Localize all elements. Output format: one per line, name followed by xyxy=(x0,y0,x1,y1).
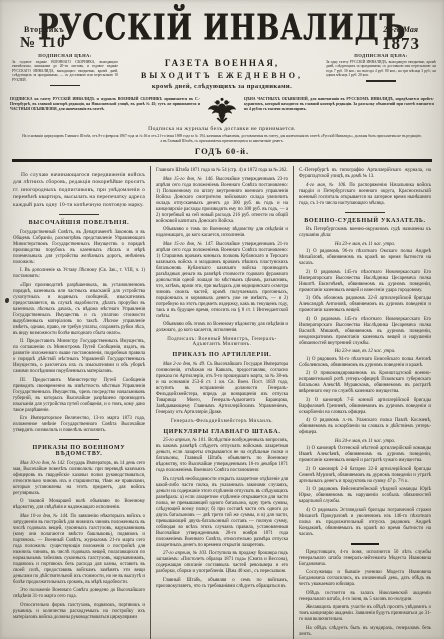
body-paragraph: 4-го мая, № 106. По распоряженію Начальн… xyxy=(299,183,431,207)
body-paragraph: Мая 10-го дня, № 142. Государь Император… xyxy=(13,461,145,497)
body-paragraph: Сослуживцы и бывшіе ученики Модеста Иван… xyxy=(299,570,431,588)
section-heading: ПРИКАЗЫ ПО ВОЕННОМУ ВѢДОМСТВУ. xyxy=(13,445,145,457)
body-paragraph: 3) О рядовомъ Вейсенштейнской уѣздной ко… xyxy=(299,487,431,505)
body-paragraph: 4) О рядовомъ 145-го пѣхотнаго Новочерка… xyxy=(299,317,431,347)
signature-line: Подписалъ: Военный Министръ, Генералъ-Ад… xyxy=(156,337,288,347)
section-divider-thick xyxy=(351,543,379,545)
body-paragraph: 1) О рядовомъ 94-го пѣхотнаго Енисейскаг… xyxy=(299,357,431,369)
body-paragraph: Въ Петербургскомъ военно-окружномъ судѣ … xyxy=(299,227,431,239)
section-divider xyxy=(345,212,385,213)
body-paragraph: 1) О канонирѣ Охтенской мѣстной артиллер… xyxy=(299,446,431,464)
column-1: По случаю начинающагося передвиженія вой… xyxy=(8,166,150,639)
body-paragraph: 27-го апрѣля, № 103. Поступила въ продаж… xyxy=(156,551,288,575)
body-paragraph: Главный Штабъ, объявляя о семъ по войска… xyxy=(156,578,288,590)
body-paragraph: Его Императорское Величество, 13-го март… xyxy=(13,416,145,434)
issue-year: 1873 xyxy=(382,34,420,54)
issue-date: 22-го Мая xyxy=(383,25,418,34)
newspaper-page: Вторникъ № 110 РУССКІЙ ИНВАЛИДЪ 22-го Ма… xyxy=(0,0,444,639)
official-ads-fine-print: На основаніи циркуляровъ Главнаго Штаба,… xyxy=(22,134,422,143)
body-paragraph: С.-Петербургѣ въ типографію Артиллерійск… xyxy=(299,168,431,180)
editorial-notice: По случаю начинающагося передвиженія вой… xyxy=(13,172,145,209)
body-paragraph: «При производствѣ разрѣшенныхъ, въ устан… xyxy=(13,283,145,337)
imperial-double-eagle-icon xyxy=(205,97,239,126)
body-paragraph: Мая 2-го дня, № 49. Съ Высочайшаго Госуд… xyxy=(156,362,288,416)
price-heading: ПОДПИСНАЯ ЦѢНА: xyxy=(326,54,436,59)
body-columns: По случаю начинающагося передвиженія вой… xyxy=(8,166,436,639)
body-paragraph: На обѣдъ слѣдуетъ быть въ мундирахъ, ген… xyxy=(299,626,431,638)
body-paragraph: Въ случаѣ необходимости открыть лазаретн… xyxy=(156,477,288,549)
court-session-time: На 23-е мая, въ 11 час. утра. xyxy=(299,242,431,247)
court-session-time: На 24-е мая, въ 11 час. утра. xyxy=(299,439,431,444)
newspaper-title: РУССКІЙ ИНВАЛИДЪ xyxy=(0,8,444,48)
price-text: За годовое изданіе ВОЕННАГО СБОРНИКА, вы… xyxy=(12,60,118,83)
advertising-price-notice: ЦѢНА ЧАСТНЫХЪ ОБЪЯВЛЕНІЙ, для напечатані… xyxy=(244,97,434,126)
subscription-price-left: ПОДПИСНАЯ ЦѢНА: За годовое изданіе ВОЕНН… xyxy=(12,54,118,86)
body-paragraph: Это положеніе Военнаго Совѣта доведено д… xyxy=(13,588,145,600)
body-paragraph: Объявляю объ этомъ по Военному вѣдомству… xyxy=(156,322,288,334)
signature-line: Генералъ-Фельдцейхмейстеръ Михаилъ. xyxy=(156,419,288,424)
price-text: За одну газету РУССКІЙ ИНВАЛИДЪ, выходящ… xyxy=(326,60,436,78)
body-paragraph: Мая 15-го дня, № 146. Высочайше утвержде… xyxy=(156,177,288,225)
body-paragraph: Мая 10-го дня, № 144. По заявленію нѣкот… xyxy=(13,514,145,586)
body-paragraph: 2) О рядовомъ 145-го пѣхотнаго Новочерка… xyxy=(299,270,431,294)
section-heading: ВОЕННО-СУДЕБНЫЙ УКАЗАТЕЛЬ. xyxy=(299,218,431,224)
section-heading: ВЫСОЧАЙШІЯ ПОВЕЛѢНІЯ. xyxy=(13,220,145,226)
masthead: Вторникъ № 110 РУССКІЙ ИНВАЛИДЪ 22-го Ма… xyxy=(0,0,444,95)
divider xyxy=(50,85,80,86)
body-paragraph: Предстоящаго, 4-го іюня, исполнится 50 л… xyxy=(299,550,431,568)
publication-year-heading: ГОДЪ 60-й. xyxy=(0,146,444,156)
body-paragraph: 4) О рядовомъ л.-гв. Уланскаго полка Пав… xyxy=(299,418,431,436)
masthead-rule xyxy=(12,159,432,162)
body-paragraph: 25-го апрѣля, № 101. Вслѣдствіе возбужде… xyxy=(156,438,288,474)
section-divider xyxy=(59,214,99,215)
column-2: Главнаго Штаба 1871 года за № 54 (стр. 4… xyxy=(150,166,293,639)
body-paragraph: Государственный Совѣтъ, въ Департаментѣ … xyxy=(13,230,145,266)
section-heading: ЦИРКУЛЯРЫ ГЛАВНАГО ШТАБА. xyxy=(156,429,288,435)
subscription-price-right: ПОДПИСНАЯ ЦѢНА: За одну газету РУССКІЙ И… xyxy=(326,54,436,82)
court-session-time: На 23-е мая, въ 12 час. утра. xyxy=(299,349,431,354)
body-paragraph: II. Предоставить Министру Государственны… xyxy=(13,339,145,375)
body-paragraph: Мая 15-го дня, № 147. Высочайше утвержде… xyxy=(156,242,288,320)
body-paragraph: Главнаго Штаба 1871 года за № 54 (стр. 4… xyxy=(156,168,288,174)
body-paragraph: Объявляю о томъ по Военному вѣдомству дл… xyxy=(156,227,288,239)
body-paragraph: 2) О прикомандированномъ къ Кронштадтско… xyxy=(299,371,431,395)
body-paragraph: 4) О рядовыхъ Эстляндской бригады погран… xyxy=(299,508,431,538)
body-paragraph: III. Предоставить Министерству Путей Соо… xyxy=(13,378,145,414)
body-paragraph: 1) О рядовомъ 96-го пѣхотнаго Омскаго по… xyxy=(299,249,431,267)
section-divider xyxy=(59,439,99,440)
body-paragraph: О таковой Монаршей волѣ объявляю по Воен… xyxy=(13,499,145,511)
announcement-band: ПОДПИСКА на газету РУССКІЙ ИНВАЛИДЪ и жу… xyxy=(10,97,434,126)
body-paragraph: Обѣдъ состоится въ залахъ Николаевской а… xyxy=(299,591,431,603)
price-heading: ПОДПИСНАЯ ЦѢНА: xyxy=(12,54,118,59)
body-paragraph: 2) О канонирѣ 2-й батареи 22-й артиллері… xyxy=(299,467,431,485)
section-heading: ПРИКАЗЪ ПО АРТИЛЛЕРІИ. xyxy=(156,352,288,358)
body-paragraph: 3) Объ обозномъ рядовомъ 22-й артиллерій… xyxy=(299,296,431,314)
no-delivery-notice: Подписка на журналы безъ доставки не при… xyxy=(0,126,444,132)
column-3: С.-Петербургѣ въ типографію Артиллерійск… xyxy=(293,166,436,639)
body-paragraph: Желающихъ принять участіе въ обѣдѣ прося… xyxy=(299,605,431,623)
body-paragraph: 3) О канонирѣ 7-й конной артиллерійской … xyxy=(299,398,431,416)
divider xyxy=(366,80,396,81)
body-paragraph: Относительно формъ галстуховъ, подвязокъ… xyxy=(13,603,145,621)
body-paragraph: I. Въ дополненіе къ Уставу Лѣсному (Св. … xyxy=(13,268,145,280)
subscription-notice: ПОДПИСКА на газету РУССКІЙ ИНВАЛИДЪ и жу… xyxy=(10,97,200,126)
